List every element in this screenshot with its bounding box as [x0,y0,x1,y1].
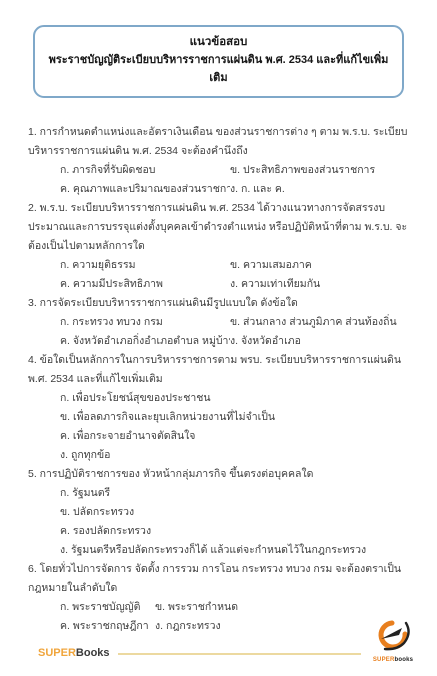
option-choice: ค. ความมีประสิทธิภาพ [60,275,230,294]
option-choice: ข. ปลัดกระทรวง [60,503,415,522]
option-choice: ข. พระราชกำหนด [155,598,415,617]
option-choice: ค. จังหวัดอำเภอกิ่งอำเภอตำบล หมู่บ้าน [60,332,230,351]
document-page: แนวข้อสอบ พระราชบัญญัติระเบียบบริหารราชก… [0,0,437,676]
exam-title: แนวข้อสอบ [43,34,394,51]
option-choice: ง. ก. และ ค. [230,180,415,199]
option-choice: ก. รัฐมนตรี [60,484,415,503]
logo-super-text: SUPER [373,657,395,663]
option-choice: ข. เพื่อลดภารกิจและยุบเลิกหน่วยงานที่ไม่… [60,408,415,427]
options-list: ก. ภารกิจที่รับผิดชอบข. ประสิทธิภาพของส่… [28,161,415,199]
question-4: 4. ข้อใดเป็นหลักการในการบริหารราชการตาม … [28,351,415,465]
superbooks-swoosh-icon [373,620,413,657]
option-choice: ค. คุณภาพและปริมาณของส่วนราชการนั้นๆ [60,180,230,199]
header-box: แนวข้อสอบ พระราชบัญญัติระเบียบบริหารราชก… [33,25,404,98]
option-choice: ก. เพื่อประโยชน์สุขของประชาชน [60,389,415,408]
options-list: ก. กระทรวง ทบวง กรมข. ส่วนกลาง ส่วนภูมิภ… [28,313,415,351]
question-text: 6. โดยทั่วไปการจัดการ จัดตั้ง การรวม การ… [28,560,415,598]
logo-wordmark: SUPERbooks [373,657,413,664]
options-list: ก. ความยุติธรรมข. ความเสมอภาคค. ความมีปร… [28,256,415,294]
option-choice: ก. พระราชบัญญัติ [60,598,155,617]
options-list: ก. รัฐมนตรีข. ปลัดกระทรวงค. รองปลัดกระทร… [28,484,415,560]
options-list: ก. เพื่อประโยชน์สุขของประชาชนข. เพื่อลดภ… [28,389,415,465]
option-choice: ข. ส่วนกลาง ส่วนภูมิภาค ส่วนท้องถิ่น [230,313,415,332]
superbooks-logo: SUPERbooks [369,620,417,664]
question-text: 5. การปฏิบัติราชการของ หัวหน้ากลุ่มภารกิ… [28,465,415,484]
option-choice: ง. ความเท่าเทียมกัน [230,275,415,294]
option-choice: ง. รัฐมนตรีหรือปลัดกระทรวงก็ได้ แล้วแต่จ… [60,541,415,560]
question-1: 1. การกำหนดตำแหน่งและอัตราเงินเดือน ของส… [28,123,415,199]
option-choice: ข. ประสิทธิภาพของส่วนราชการ [230,161,415,180]
logo-books-text: books [395,657,414,663]
question-5: 5. การปฏิบัติราชการของ หัวหน้ากลุ่มภารกิ… [28,465,415,560]
questions-container: 1. การกำหนดตำแหน่งและอัตราเงินเดือน ของส… [28,123,415,636]
question-text: 1. การกำหนดตำแหน่งและอัตราเงินเดือน ของส… [28,123,415,161]
question-2: 2. พ.ร.บ. ระเบียบบริหารราชการแผ่นดิน พ.ศ… [28,199,415,294]
question-text: 4. ข้อใดเป็นหลักการในการบริหารราชการตาม … [28,351,415,389]
question-text: 3. การจัดระเบียบบริหารราชการแผ่นดินมีรูป… [28,294,415,313]
option-choice: ก. กระทรวง ทบวง กรม [60,313,230,332]
question-3: 3. การจัดระเบียบบริหารราชการแผ่นดินมีรูป… [28,294,415,351]
option-choice: ก. ภารกิจที่รับผิดชอบ [60,161,230,180]
option-choice: ง. จังหวัดอำเภอ [230,332,415,351]
footer-divider-line [118,653,361,655]
brand-books-text: Books [76,647,110,659]
footer: SUPERBooks SUPERbooks [0,620,437,664]
option-choice: ข. ความเสมอภาค [230,256,415,275]
option-choice: ค. รองปลัดกระทรวง [60,522,415,541]
brand-super-text: SUPER [38,647,76,659]
question-text: 2. พ.ร.บ. ระเบียบบริหารราชการแผ่นดิน พ.ศ… [28,199,415,256]
exam-subtitle: พระราชบัญญัติระเบียบบริหารราชการแผ่นดิน … [43,51,394,87]
footer-brand: SUPERBooks [38,646,110,660]
option-choice: ง. ถูกทุกข้อ [60,446,415,465]
option-choice: ค. เพื่อกระจายอำนาจตัดสินใจ [60,427,415,446]
option-choice: ก. ความยุติธรรม [60,256,230,275]
